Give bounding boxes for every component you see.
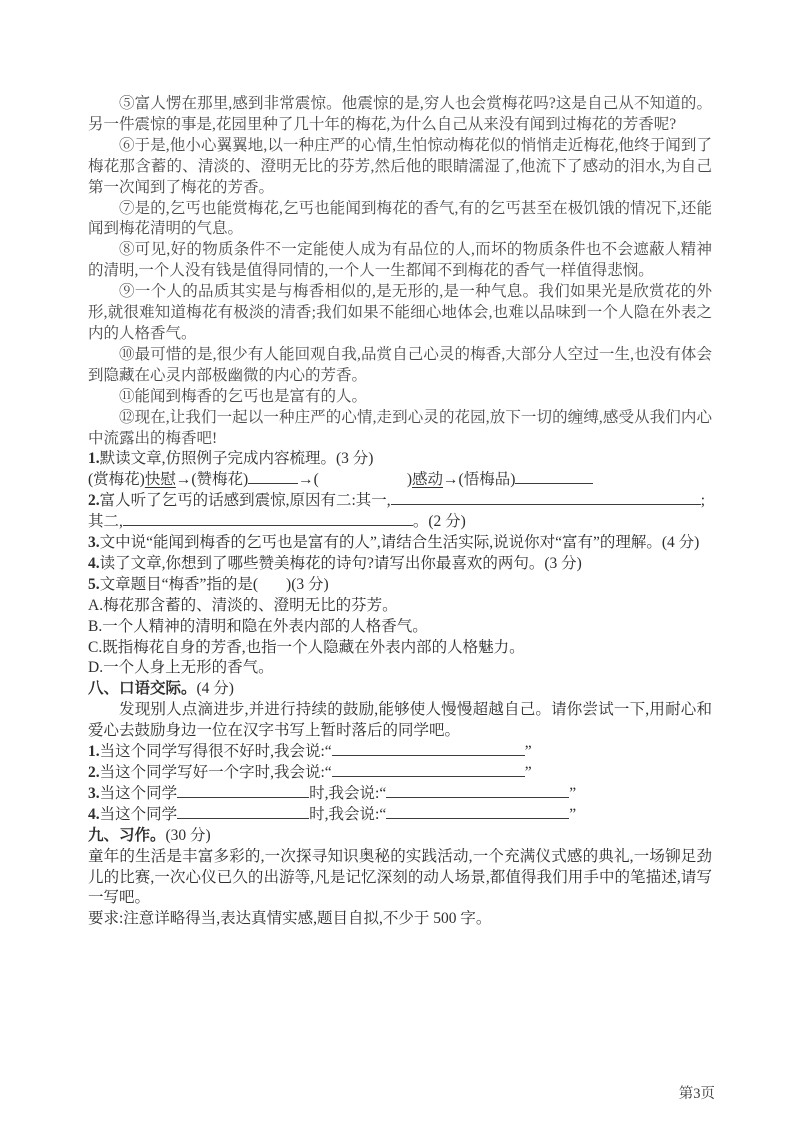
item-text: 时,我会说:“: [309, 806, 386, 823]
item-quote-close: ”: [569, 785, 576, 802]
question-5-option-a: A.梅花那含蓄的、清淡的、澄明无比的芬芳。: [88, 596, 712, 617]
flow-segment: (赏梅花): [88, 471, 145, 488]
question-2-text: 富人听了乞丐的话感到震惊,原因有二:其一,: [100, 492, 391, 509]
question-4-text: 读了文章,你想到了哪些赞美梅花的诗句?请写出你最喜欢的两句。(3 分): [100, 555, 582, 572]
question-1-flow-line: (赏梅花)快慰→(赞梅花)→()感动→(悟梅品): [88, 470, 712, 491]
passage-paragraph-7: ⑦是的,乞丐也能赏梅花,乞丐也能闻到梅花的香气,有的乞丐甚至在极饥饿的情况下,还…: [88, 199, 712, 241]
underline-blank: [248, 470, 298, 484]
section-8-item-1: 1.当这个同学写得很不好时,我会说:“”: [88, 742, 712, 763]
question-4-number: 4.: [88, 555, 100, 572]
paren-gap: [258, 576, 286, 589]
question-5: 5.文章题目“梅香”指的是()(3 分): [88, 575, 712, 596]
section-8-score: (4 分): [197, 680, 234, 697]
section-9-body: 童年的生活是丰富多彩的,一次探寻知识奥秘的实践活动,一个充满仪式感的典礼,一场铆…: [88, 847, 712, 910]
question-2: 2.富人听了乞丐的话感到震惊,原因有二:其一,;: [88, 491, 712, 512]
section-9-score: (30 分): [166, 827, 211, 844]
item-number: 3.: [88, 785, 100, 802]
item-quote-close: ”: [525, 743, 532, 760]
underline-blank: [177, 784, 309, 798]
question-4: 4.读了文章,你想到了哪些赞美梅花的诗句?请写出你最喜欢的两句。(3 分): [88, 554, 712, 575]
question-1-text: 默读文章,仿照例子完成内容梳理。(3 分): [100, 450, 374, 467]
question-2-line2-lead: 其二,: [88, 513, 123, 530]
passage-paragraph-11: ⑪能闻到梅香的乞丐也是富有的人。: [88, 387, 712, 408]
flow-underlined-word: 快慰: [145, 471, 176, 488]
question-3-text: 文中说“能闻到梅香的乞丐也是富有的人”,请结合生活实际,说说你对“富有”的理解。…: [100, 534, 700, 551]
question-2-score: 。(2 分): [413, 513, 466, 530]
question-5-option-b: B.一个人精神的清明和隐在外表内部的人格香气。: [88, 617, 712, 638]
item-quote-close: ”: [569, 806, 576, 823]
item-text: 当这个同学写得很不好时,我会说:“: [100, 743, 332, 760]
passage-paragraph-6: ⑥于是,他小心翼翼地,以一种庄严的心情,生怕惊动梅花似的悄悄走近梅花,他终于闻到…: [88, 136, 712, 199]
question-5-number: 5.: [88, 576, 100, 593]
section-9-header: 九、习作。(30 分): [88, 826, 712, 847]
flow-segment: →(赞梅花): [176, 471, 248, 488]
question-3: 3.文中说“能闻到梅香的乞丐也是富有的人”,请结合生活实际,说说你对“富有”的理…: [88, 533, 712, 554]
item-quote-close: ”: [525, 764, 532, 781]
flow-underlined-word: 感动: [412, 471, 443, 488]
section-8-item-3: 3.当这个同学时,我会说:“”: [88, 784, 712, 805]
paren-gap: [319, 471, 407, 484]
section-9-title: 九、习作。: [88, 827, 166, 844]
underline-blank: [391, 491, 701, 505]
item-text: 当这个同学: [100, 806, 178, 823]
question-5-text: 文章题目“梅香”指的是(: [100, 576, 258, 593]
page-content: ⑤富人愣在那里,感到非常震惊。他震惊的是,穷人也会赏梅花吗?这是自己从不知道的。…: [88, 94, 712, 930]
question-5-option-d: D.一个人身上无形的香气。: [88, 658, 712, 679]
question-3-number: 3.: [88, 534, 100, 551]
underline-blank: [515, 470, 593, 484]
question-5-option-c: C.既指梅花自身的芳香,也指一个人隐藏在外表内部的人格魅力。: [88, 638, 712, 659]
underline-blank: [386, 805, 569, 819]
passage-paragraph-9: ⑨一个人的品质其实是与梅香相似的,是无形的,是一种气息。我们如果光是欣赏花的外形…: [88, 282, 712, 345]
flow-segment: →(: [298, 471, 319, 488]
passage-paragraph-5: ⑤富人愣在那里,感到非常震惊。他震惊的是,穷人也会赏梅花吗?这是自己从不知道的。…: [88, 94, 712, 136]
question-2-number: 2.: [88, 492, 100, 509]
page-number: 第3页: [679, 1082, 715, 1103]
item-number: 2.: [88, 764, 100, 781]
section-8-header: 八、口语交际。(4 分): [88, 679, 712, 700]
underline-blank: [332, 742, 525, 756]
item-text: 当这个同学: [100, 785, 178, 802]
test-paper-page: ⑤富人愣在那里,感到非常震惊。他震惊的是,穷人也会赏梅花吗?这是自己从不知道的。…: [0, 0, 793, 1122]
question-1-number: 1.: [88, 450, 100, 467]
item-text: 当这个同学写好一个字时,我会说:“: [100, 764, 332, 781]
question-2-line-2: 其二,。(2 分): [88, 512, 712, 533]
question-1: 1.默读文章,仿照例子完成内容梳理。(3 分): [88, 449, 712, 470]
item-number: 4.: [88, 806, 100, 823]
flow-segment: →(悟梅品): [443, 471, 515, 488]
section-9-requirement: 要求:注意详略得当,表达真情实感,题目自拟,不少于 500 字。: [88, 909, 712, 930]
underline-blank: [332, 763, 525, 777]
passage-paragraph-8: ⑧可见,好的物质条件不一定能使人成为有品位的人,而坏的物质条件也不会遮蔽人精神的…: [88, 240, 712, 282]
section-8-intro: 发现别人点滴进步,并进行持续的鼓励,能够使人慢慢超越自己。请你尝试一下,用耐心和…: [88, 700, 712, 742]
underline-blank: [123, 512, 413, 526]
underline-blank: [386, 784, 569, 798]
section-8-item-4: 4.当这个同学时,我会说:“”: [88, 805, 712, 826]
item-number: 1.: [88, 743, 100, 760]
section-8-title: 八、口语交际。: [88, 680, 197, 697]
underline-blank: [177, 805, 309, 819]
section-8-item-2: 2.当这个同学写好一个字时,我会说:“”: [88, 763, 712, 784]
question-2-semicolon: ;: [701, 492, 705, 509]
passage-paragraph-12: ⑫现在,让我们一起以一种庄严的心情,走到心灵的花园,放下一切的缠缚,感受从我们内…: [88, 408, 712, 450]
question-5-close: )(3 分): [286, 576, 329, 593]
passage-paragraph-10: ⑩最可惜的是,很少有人能回观自我,品赏自己心灵的梅香,大部分人空过一生,也没有体…: [88, 345, 712, 387]
item-text: 时,我会说:“: [309, 785, 386, 802]
